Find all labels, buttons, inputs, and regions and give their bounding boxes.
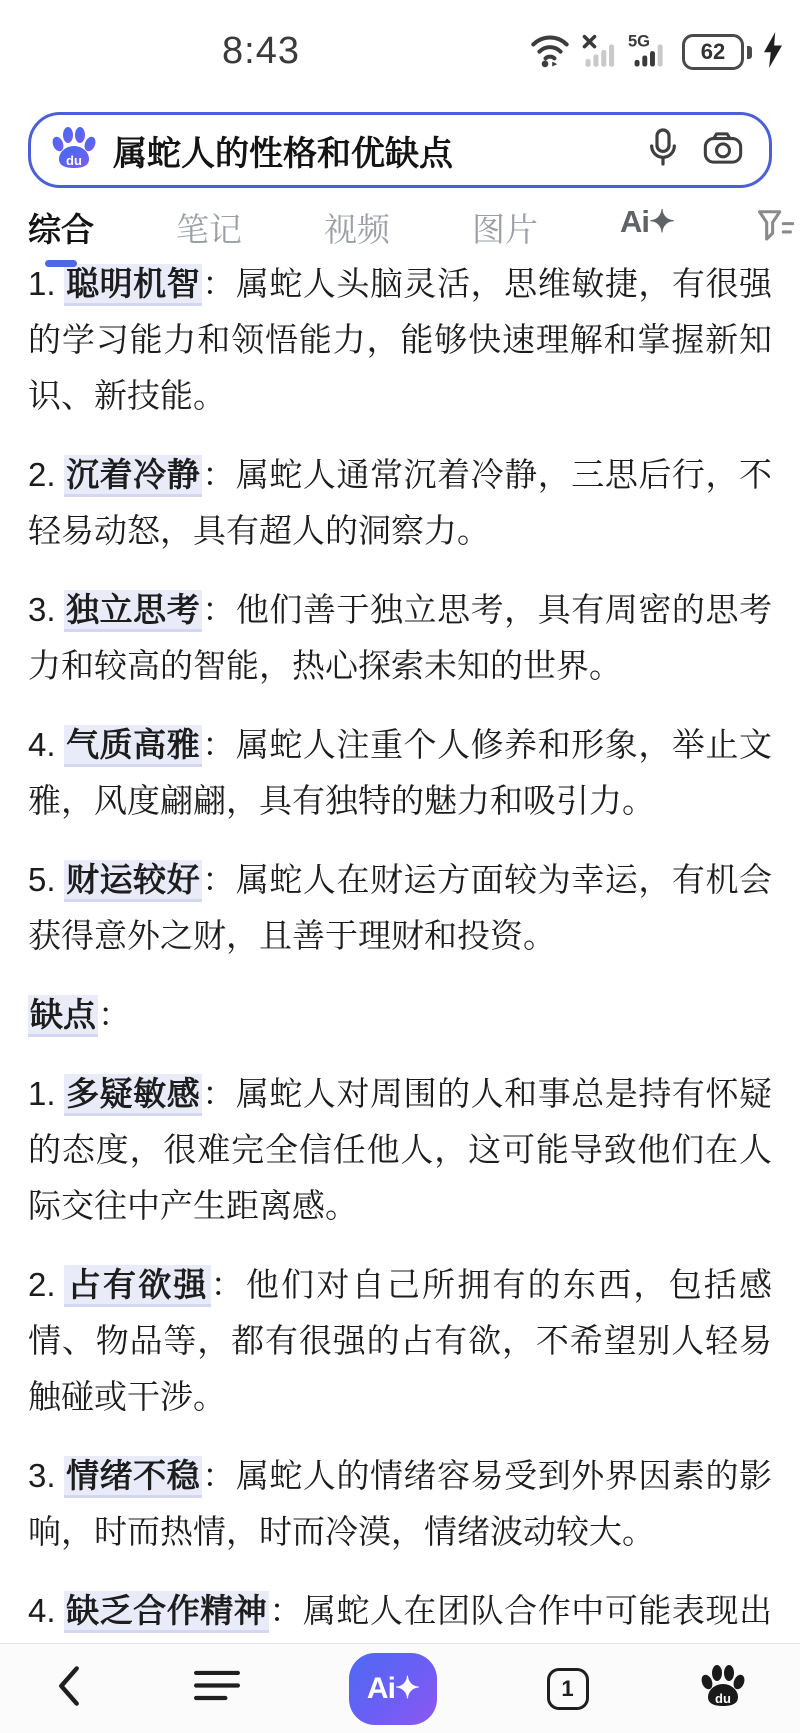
back-button[interactable] bbox=[54, 1664, 84, 1713]
search-bar[interactable]: du 属蛇人的性格和优缺点 bbox=[28, 112, 772, 188]
status-icons: 5G 62 bbox=[530, 30, 784, 74]
trait-keyword-link[interactable]: 气质高雅 bbox=[64, 725, 203, 767]
status-bar: 8:43 bbox=[0, 0, 800, 100]
trait-item: 3.独立思考：他们善于独立思考，具有周密的思考力和较高的智能，热心探索未知的世界… bbox=[28, 582, 772, 694]
trait-item: 1.聪明机智：属蛇人头脑灵活，思维敏捷，有很强的学习能力和领悟能力，能够快速理解… bbox=[28, 256, 772, 424]
trait-keyword-link[interactable]: 缺乏合作精神 bbox=[64, 1591, 270, 1633]
baidu-home-paw-icon[interactable]: du bbox=[698, 1662, 746, 1715]
tab-zonghe[interactable]: 综合 bbox=[28, 204, 94, 265]
content-list: 1.聪明机智：属蛇人头脑灵活，思维敏捷，有很强的学习能力和领悟能力，能够快速理解… bbox=[28, 256, 772, 1652]
svg-text:5G: 5G bbox=[628, 32, 650, 50]
search-result-content: 1.聪明机智：属蛇人头脑灵活，思维敏捷，有很强的学习能力和领悟能力，能够快速理解… bbox=[0, 252, 800, 1652]
trait-item: 5.财运较好：属蛇人在财运方面较为幸运，有机会获得意外之财，且善于理财和投资。 bbox=[28, 852, 772, 964]
trait-keyword-link[interactable]: 占有欲强 bbox=[64, 1265, 211, 1307]
trait-keyword-link[interactable]: 多疑敏感 bbox=[64, 1074, 203, 1116]
svg-text:du: du bbox=[66, 153, 82, 168]
baidu-paw-logo-icon: du bbox=[49, 124, 97, 177]
trait-keyword-link[interactable]: 沉着冷静 bbox=[64, 455, 203, 497]
sim1-no-signal-icon bbox=[580, 31, 618, 74]
tab-biji[interactable]: 笔记 bbox=[176, 204, 242, 265]
wifi-icon bbox=[530, 31, 570, 74]
battery-nub bbox=[747, 46, 752, 59]
trait-item: 1.多疑敏感：属蛇人对周围的人和事总是持有怀疑的态度，很难完全信任他人，这可能导… bbox=[28, 1066, 772, 1234]
microphone-icon[interactable] bbox=[647, 128, 679, 173]
tab-tupian[interactable]: 图片 bbox=[472, 204, 538, 265]
svg-text:du: du bbox=[715, 1691, 731, 1706]
trait-keyword-link[interactable]: 情绪不稳 bbox=[64, 1456, 203, 1498]
baidu-search-app: 8:43 bbox=[0, 0, 800, 1733]
tab-ai[interactable]: Ai✦ bbox=[620, 204, 674, 254]
trait-item: 缺点： bbox=[28, 987, 772, 1043]
charging-bolt-icon bbox=[762, 32, 784, 73]
tab-shipin[interactable]: 视频 bbox=[324, 204, 390, 265]
sim2-5g-signal-icon: 5G bbox=[628, 31, 672, 74]
trait-item: 3.情绪不稳：属蛇人的情绪容易受到外界因素的影响，时而热情，时而冷漠，情绪波动较… bbox=[28, 1448, 772, 1560]
search-input[interactable]: 属蛇人的性格和优缺点 bbox=[113, 126, 631, 175]
status-time: 8:43 bbox=[222, 30, 300, 73]
trait-keyword-link[interactable]: 独立思考 bbox=[64, 590, 203, 632]
filter-icon[interactable] bbox=[756, 204, 794, 249]
tab-count-button[interactable]: 1 bbox=[547, 1668, 589, 1710]
menu-button[interactable] bbox=[194, 1668, 240, 1709]
trait-keyword-link[interactable]: 财运较好 bbox=[64, 860, 203, 902]
trait-item: 2.沉着冷静：属蛇人通常沉着冷静，三思后行，不轻易动怒，具有超人的洞察力。 bbox=[28, 447, 772, 559]
battery-indicator: 62 bbox=[682, 34, 752, 70]
active-tab-indicator bbox=[45, 260, 77, 267]
trait-keyword-link[interactable]: 缺点 bbox=[28, 995, 98, 1037]
ai-assistant-button[interactable]: Ai✦ bbox=[349, 1653, 437, 1725]
battery-percent: 62 bbox=[682, 34, 744, 70]
bottom-nav: Ai✦ 1 du bbox=[0, 1643, 800, 1733]
trait-keyword-link[interactable]: 聪明机智 bbox=[64, 264, 203, 306]
trait-item: 4.缺乏合作精神：属蛇人在团队合作中可能表现出缺乏合作精神，寡言少语，不易亲近。 bbox=[28, 1583, 772, 1652]
camera-icon[interactable] bbox=[703, 130, 743, 171]
tab-bar: 综合 笔记 视频 图片 Ai✦ bbox=[0, 188, 800, 252]
trait-item: 4.气质高雅：属蛇人注重个人修养和形象，举止文雅，风度翩翩，具有独特的魅力和吸引… bbox=[28, 717, 772, 829]
trait-item: 2.占有欲强：他们对自己所拥有的东西，包括感情、物品等，都有很强的占有欲，不希望… bbox=[28, 1257, 772, 1425]
